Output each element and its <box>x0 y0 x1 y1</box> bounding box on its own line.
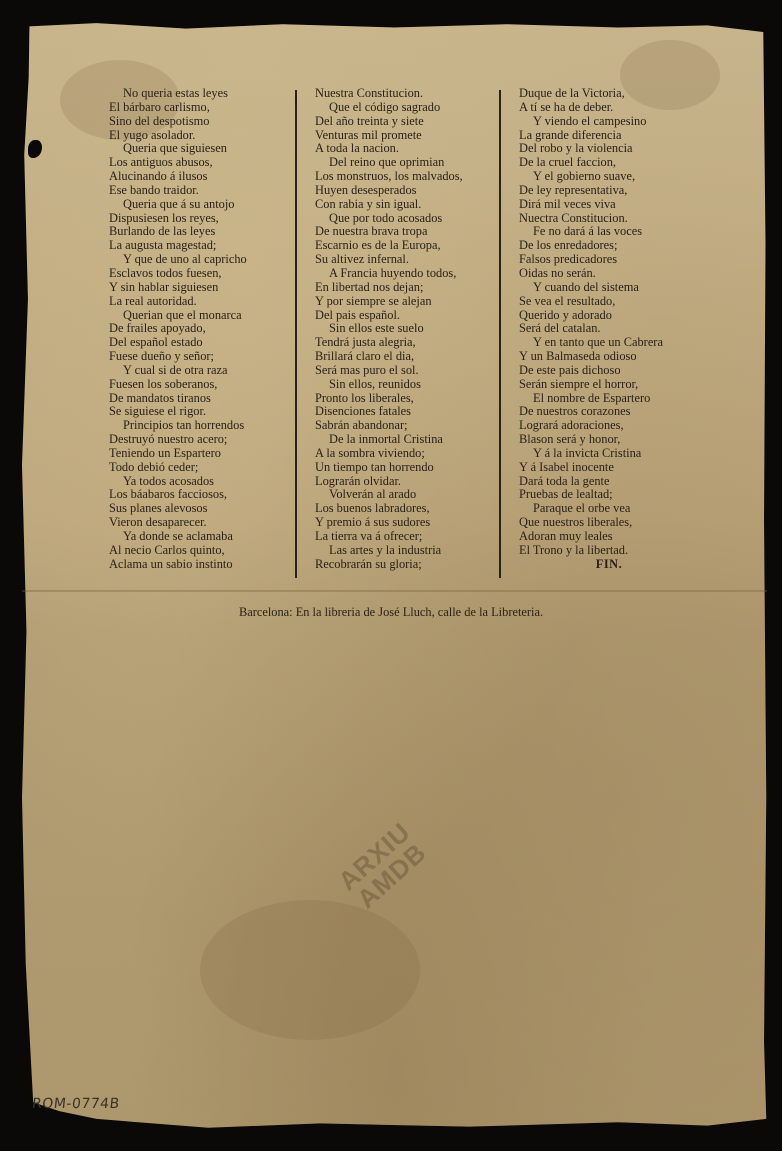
verse-line: Burlando de las leyes <box>109 225 289 239</box>
verse-line: A tí se ha de deber. <box>519 101 699 115</box>
verse-line: A la sombra viviendo; <box>315 447 505 461</box>
verse-line: Ese bando traidor. <box>109 184 289 198</box>
verse-line: Sin ellos este suelo <box>315 322 505 336</box>
verse-line: Que por todo acosados <box>315 212 505 226</box>
verse-line: Duque de la Victoria, <box>519 87 699 101</box>
verse-line: A Francia huyendo todos, <box>315 267 505 281</box>
verse-line: La real autoridad. <box>109 295 289 309</box>
verse-line: Fe no dará á las voces <box>519 225 699 239</box>
verse-line: Volverán al arado <box>315 488 505 502</box>
verse-line: Sus planes alevosos <box>109 502 289 516</box>
poem-columns: No queria estas leyesEl bárbaro carlismo… <box>100 87 700 579</box>
verse-line: Será mas puro el sol. <box>315 364 505 378</box>
verse-line: Vieron desaparecer. <box>109 516 289 530</box>
column-divider <box>295 90 297 578</box>
verse-line: Pruebas de lealtad; <box>519 488 699 502</box>
verse-line: Brillará claro el dia, <box>315 350 505 364</box>
verse-line: No queria estas leyes <box>109 87 289 101</box>
verse-line: Del reino que oprimian <box>315 156 505 170</box>
verse-line: De nuestros corazones <box>519 405 699 419</box>
verse-line: Paraque el orbe vea <box>519 502 699 516</box>
verse-line: Aclama un sabio instinto <box>109 558 289 572</box>
verse-line: Venturas mil promete <box>315 129 505 143</box>
verse-line: Querido y adorado <box>519 309 699 323</box>
poem-column-3: Duque de la Victoria,A tí se ha de deber… <box>519 87 699 572</box>
verse-line: Recobrarán su gloria; <box>315 558 505 572</box>
verse-line: Sino del despotismo <box>109 115 289 129</box>
verse-line: Se siguiese el rigor. <box>109 405 289 419</box>
verse-line: Esclavos todos fuesen, <box>109 267 289 281</box>
verse-line: Queria que siguiesen <box>109 142 289 156</box>
verse-line: Y á Isabel inocente <box>519 461 699 475</box>
verse-line: Queria que á su antojo <box>109 198 289 212</box>
verse-line: Nuestra Constitucion. <box>315 87 505 101</box>
verse-line: Y cual si de otra raza <box>109 364 289 378</box>
verse-line: Y en tanto que un Cabrera <box>519 336 699 350</box>
verse-line: Que el código sagrado <box>315 101 505 115</box>
verse-line: De nuestra brava tropa <box>315 225 505 239</box>
verse-line: Los báabaros facciosos, <box>109 488 289 502</box>
end-mark: FIN. <box>519 558 699 572</box>
verse-line: Ya todos acosados <box>109 475 289 489</box>
verse-line: Al necio Carlos quinto, <box>109 544 289 558</box>
verse-line: Principios tan horrendos <box>109 419 289 433</box>
verse-line: Y premio á sus sudores <box>315 516 505 530</box>
verse-line: De la inmortal Cristina <box>315 433 505 447</box>
verse-line: Fuesen los soberanos, <box>109 378 289 392</box>
verse-line: Las artes y la industria <box>315 544 505 558</box>
verse-line: Y sin hablar siguiesen <box>109 281 289 295</box>
imprint-line: Barcelona: En la libreria de José Lluch,… <box>0 605 782 620</box>
verse-line: Logrará adoraciones, <box>519 419 699 433</box>
verse-line: De frailes apoyado, <box>109 322 289 336</box>
verse-line: Los buenos labradores, <box>315 502 505 516</box>
verse-line: En libertad nos dejan; <box>315 281 505 295</box>
verse-line: Nuectra Constitucion. <box>519 212 699 226</box>
verse-line: Ya donde se aclamaba <box>109 530 289 544</box>
verse-line: De la cruel faccion, <box>519 156 699 170</box>
verse-line: Pronto los liberales, <box>315 392 505 406</box>
verse-line: Y que de uno al capricho <box>109 253 289 267</box>
verse-line: Dispusiesen los reyes, <box>109 212 289 226</box>
verse-line: Y viendo el campesino <box>519 115 699 129</box>
verse-line: Con rabia y sin igual. <box>315 198 505 212</box>
verse-line: Teniendo un Espartero <box>109 447 289 461</box>
verse-line: Los monstruos, los malvados, <box>315 170 505 184</box>
verse-line: El yugo asolador. <box>109 129 289 143</box>
verse-line: Del español estado <box>109 336 289 350</box>
verse-line: Y un Balmaseda odioso <box>519 350 699 364</box>
verse-line: De mandatos tiranos <box>109 392 289 406</box>
verse-line: Serán siempre el horror, <box>519 378 699 392</box>
verse-line: Y á la invicta Cristina <box>519 447 699 461</box>
verse-line: La grande diferencia <box>519 129 699 143</box>
verse-line: Lograrán olvidar. <box>315 475 505 489</box>
verse-line: Oidas no serán. <box>519 267 699 281</box>
verse-line: Y cuando del sistema <box>519 281 699 295</box>
poem-column-2: Nuestra Constitucion.Que el código sagra… <box>315 87 505 572</box>
verse-line: Fuese dueño y señor; <box>109 350 289 364</box>
verse-line: Sin ellos, reunidos <box>315 378 505 392</box>
verse-line: Un tiempo tan horrendo <box>315 461 505 475</box>
verse-line: De los enredadores; <box>519 239 699 253</box>
verse-line: Dirá mil veces viva <box>519 198 699 212</box>
fold-line <box>22 590 767 592</box>
verse-line: La tierra va á ofrecer; <box>315 530 505 544</box>
poem-column-1: No queria estas leyesEl bárbaro carlismo… <box>109 87 289 572</box>
verse-line: Falsos predicadores <box>519 253 699 267</box>
verse-line: Será del catalan. <box>519 322 699 336</box>
verse-line: Adoran muy leales <box>519 530 699 544</box>
verse-line: Del robo y la violencia <box>519 142 699 156</box>
verse-line: El bárbaro carlismo, <box>109 101 289 115</box>
verse-line: Del pais español. <box>315 309 505 323</box>
verse-line: Su altivez infernal. <box>315 253 505 267</box>
verse-line: Todo debió ceder; <box>109 461 289 475</box>
verse-line: Se vea el resultado, <box>519 295 699 309</box>
verse-line: Que nuestros liberales, <box>519 516 699 530</box>
verse-line: Y por siempre se alejan <box>315 295 505 309</box>
verse-line: Disenciones fatales <box>315 405 505 419</box>
verse-line: Y el gobierno suave, <box>519 170 699 184</box>
verse-line: Huyen desesperados <box>315 184 505 198</box>
verse-line: Querian que el monarca <box>109 309 289 323</box>
verse-line: De este pais dichoso <box>519 364 699 378</box>
verse-line: La augusta magestad; <box>109 239 289 253</box>
verse-line: Del año treinta y siete <box>315 115 505 129</box>
verse-line: El Trono y la libertad. <box>519 544 699 558</box>
verse-line: Dará toda la gente <box>519 475 699 489</box>
verse-line: De ley representativa, <box>519 184 699 198</box>
verse-line: Escarnio es de la Europa, <box>315 239 505 253</box>
verse-line: Sabrán abandonar; <box>315 419 505 433</box>
catalog-number: ROM-0774B <box>31 1096 120 1112</box>
verse-line: Blason será y honor, <box>519 433 699 447</box>
verse-line: Tendrá justa alegria, <box>315 336 505 350</box>
stain <box>200 900 420 1040</box>
column-divider <box>499 90 501 578</box>
verse-line: A toda la nacion. <box>315 142 505 156</box>
verse-line: Destruyó nuestro acero; <box>109 433 289 447</box>
verse-line: El nombre de Espartero <box>519 392 699 406</box>
verse-line: Alucinando á ilusos <box>109 170 289 184</box>
verse-line: Los antiguos abusos, <box>109 156 289 170</box>
